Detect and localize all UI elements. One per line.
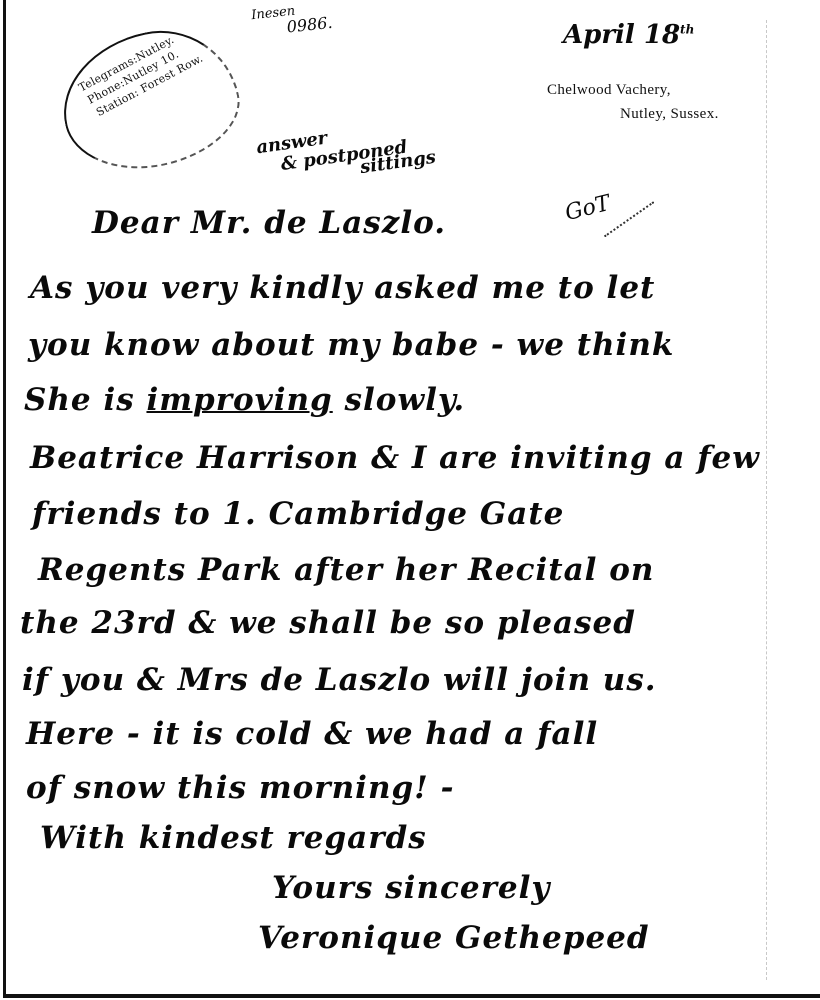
address-line2: Nutley, Sussex.	[620, 106, 719, 123]
signature: Veronique Gethepeed	[258, 920, 650, 956]
check-mark-icon	[604, 201, 656, 240]
body-line: if you & Mrs de Laszlo will join us.	[22, 662, 657, 698]
address-line1: Chelwood Vachery,	[547, 82, 671, 99]
margin-annotation: answer & postponed sittings	[255, 114, 437, 192]
body-line: Regents Park after her Recital on	[38, 552, 654, 588]
body-line: you know about my babe - we think	[28, 327, 674, 363]
date-suffix: th	[680, 22, 694, 36]
body-line-part: slowly.	[333, 382, 465, 418]
letter-date: April 18th	[563, 20, 694, 50]
body-line: As you very kindly asked me to let	[30, 270, 655, 306]
body-line: the 23rd & we shall be so pleased	[20, 605, 636, 641]
underlined-word: improving	[146, 382, 332, 418]
body-line: Here - it is cold & we had a fall	[26, 716, 598, 752]
scan-border-left	[3, 0, 6, 998]
initials-mark: GoT	[563, 191, 613, 226]
valediction: Yours sincerely	[272, 870, 550, 906]
body-line-part: She is	[24, 382, 146, 418]
scan-border-bottom	[3, 994, 820, 998]
body-line: Beatrice Harrison & I are inviting a few	[30, 440, 760, 476]
body-line: friends to 1. Cambridge Gate	[32, 496, 564, 532]
body-line: She is improving slowly.	[24, 382, 465, 418]
closing-regards: With kindest regards	[40, 820, 427, 856]
salutation: Dear Mr. de Laszlo.	[92, 205, 446, 241]
body-line: of snow this morning! -	[26, 770, 454, 806]
date-text: April 18	[563, 20, 680, 50]
fold-line	[766, 20, 767, 980]
letter-page: Inesen 0986. Telegrams:Nutley. Phone:Nut…	[0, 0, 820, 1000]
